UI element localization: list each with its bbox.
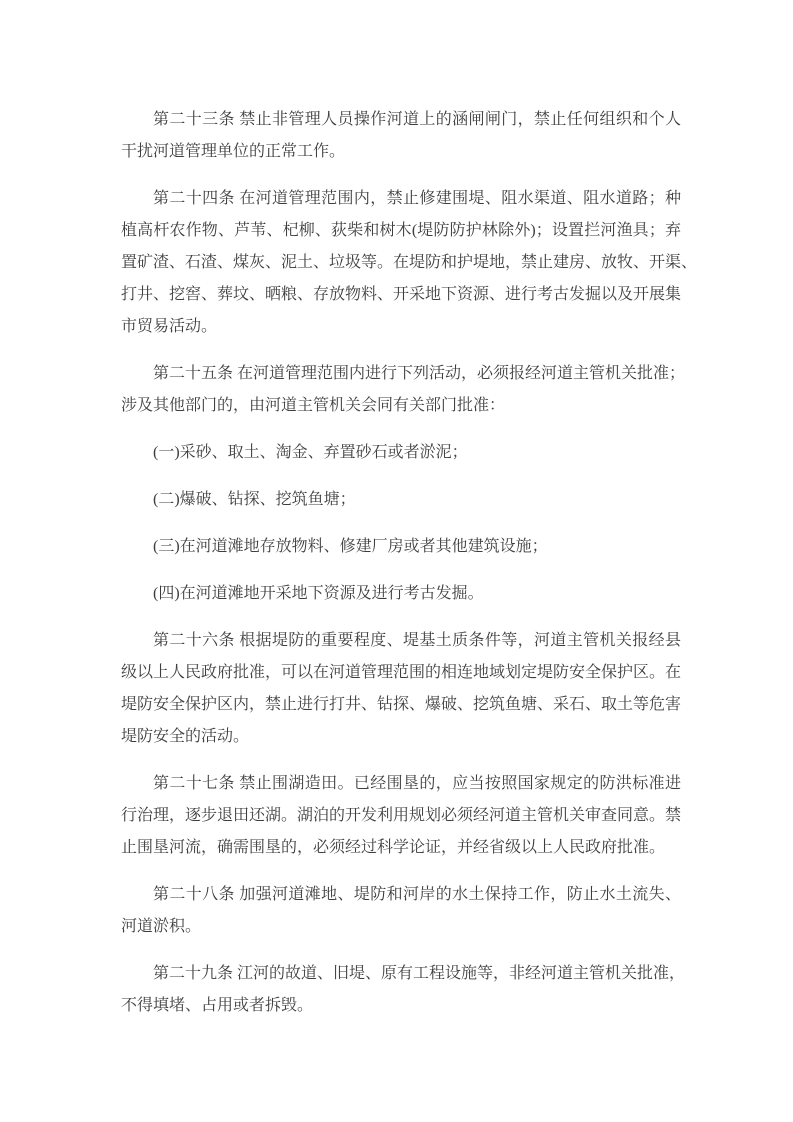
article-25-item-3: (三)在河道滩地存放物料、修建厂房或者其他建筑设施； bbox=[121, 531, 681, 563]
text-line: 级以上人民政府批准，可以在河道管理范围的相连地域划定堤防安全保护区。在 bbox=[121, 657, 681, 689]
text-line: 干扰河道管理单位的正常工作。 bbox=[121, 136, 681, 168]
document-body: 第二十三条 禁止非管理人员操作河道上的涵闸闸门，禁止任何组织和个人干扰河道管理单… bbox=[121, 0, 681, 1022]
article-26: 第二十六条 根据堤防的重要程度、堤基土质条件等，河道主管机关报经县级以上人民政府… bbox=[121, 625, 681, 753]
text-line: 第二十四条 在河道管理范围内，禁止修建围堤、阻水渠道、阻水道路；种 bbox=[121, 183, 681, 215]
text-line: 第二十五条 在河道管理范围内进行下列活动，必须报经河道主管机关批准； bbox=[121, 358, 681, 390]
document-page: 第二十三条 禁止非管理人员操作河道上的涵闸闸门，禁止任何组织和个人干扰河道管理单… bbox=[0, 0, 793, 1022]
article-25-item-1: (一)采砂、取土、淘金、弃置砂石或者淤泥； bbox=[121, 437, 681, 469]
article-27: 第二十七条 禁止围湖造田。已经围垦的，应当按照国家规定的防洪标准进行治理，逐步退… bbox=[121, 768, 681, 864]
article-23: 第二十三条 禁止非管理人员操作河道上的涵闸闸门，禁止任何组织和个人干扰河道管理单… bbox=[121, 104, 681, 168]
text-line: 止围垦河流，确需围垦的，必须经过科学论证，并经省级以上人民政府批准。 bbox=[121, 832, 681, 864]
text-line: 第二十三条 禁止非管理人员操作河道上的涵闸闸门，禁止任何组织和个人 bbox=[121, 104, 681, 136]
article-28: 第二十八条 加强河道滩地、堤防和河岸的水土保持工作，防止水土流失、河道淤积。 bbox=[121, 879, 681, 943]
article-25-item-2: (二)爆破、钻探、挖筑鱼塘； bbox=[121, 484, 681, 516]
article-29: 第二十九条 江河的故道、旧堤、原有工程设施等，非经河道主管机关批准，不得填堵、占… bbox=[121, 958, 681, 1022]
text-line: 不得填堵、占用或者拆毁。 bbox=[121, 990, 681, 1022]
text-line: 第二十八条 加强河道滩地、堤防和河岸的水土保持工作，防止水土流失、 bbox=[121, 879, 681, 911]
text-line: 堤防安全的活动。 bbox=[121, 721, 681, 753]
text-line: (一)采砂、取土、淘金、弃置砂石或者淤泥； bbox=[121, 437, 681, 469]
text-line: 打井、挖窖、葬坟、晒粮、存放物料、开采地下资源、进行考古发掘以及开展集 bbox=[121, 279, 681, 311]
text-line: 第二十九条 江河的故道、旧堤、原有工程设施等，非经河道主管机关批准， bbox=[121, 958, 681, 990]
text-line: 行治理，逐步退田还湖。湖泊的开发利用规划必须经河道主管机关审查同意。禁 bbox=[121, 800, 681, 832]
article-24: 第二十四条 在河道管理范围内，禁止修建围堤、阻水渠道、阻水道路；种植高杆农作物、… bbox=[121, 183, 681, 343]
text-line: 堤防安全保护区内，禁止进行打井、钻探、爆破、挖筑鱼塘、采石、取土等危害 bbox=[121, 689, 681, 721]
article-25: 第二十五条 在河道管理范围内进行下列活动，必须报经河道主管机关批准；涉及其他部门… bbox=[121, 358, 681, 422]
text-line: 第二十六条 根据堤防的重要程度、堤基土质条件等，河道主管机关报经县 bbox=[121, 625, 681, 657]
text-line: 河道淤积。 bbox=[121, 911, 681, 943]
text-line: 植高杆农作物、芦苇、杞柳、荻柴和树木(堤防防护林除外)；设置拦河渔具；弃 bbox=[121, 215, 681, 247]
text-line: 第二十七条 禁止围湖造田。已经围垦的，应当按照国家规定的防洪标准进 bbox=[121, 768, 681, 800]
text-line: (三)在河道滩地存放物料、修建厂房或者其他建筑设施； bbox=[121, 531, 681, 563]
text-line: 市贸易活动。 bbox=[121, 311, 681, 343]
text-line: (二)爆破、钻探、挖筑鱼塘； bbox=[121, 484, 681, 516]
article-25-item-4: (四)在河道滩地开采地下资源及进行考古发掘。 bbox=[121, 578, 681, 610]
text-line: 置矿渣、石渣、煤灰、泥土、垃圾等。在堤防和护堤地，禁止建房、放牧、开渠、 bbox=[121, 247, 681, 279]
text-line: 涉及其他部门的，由河道主管机关会同有关部门批准： bbox=[121, 390, 681, 422]
text-line: (四)在河道滩地开采地下资源及进行考古发掘。 bbox=[121, 578, 681, 610]
